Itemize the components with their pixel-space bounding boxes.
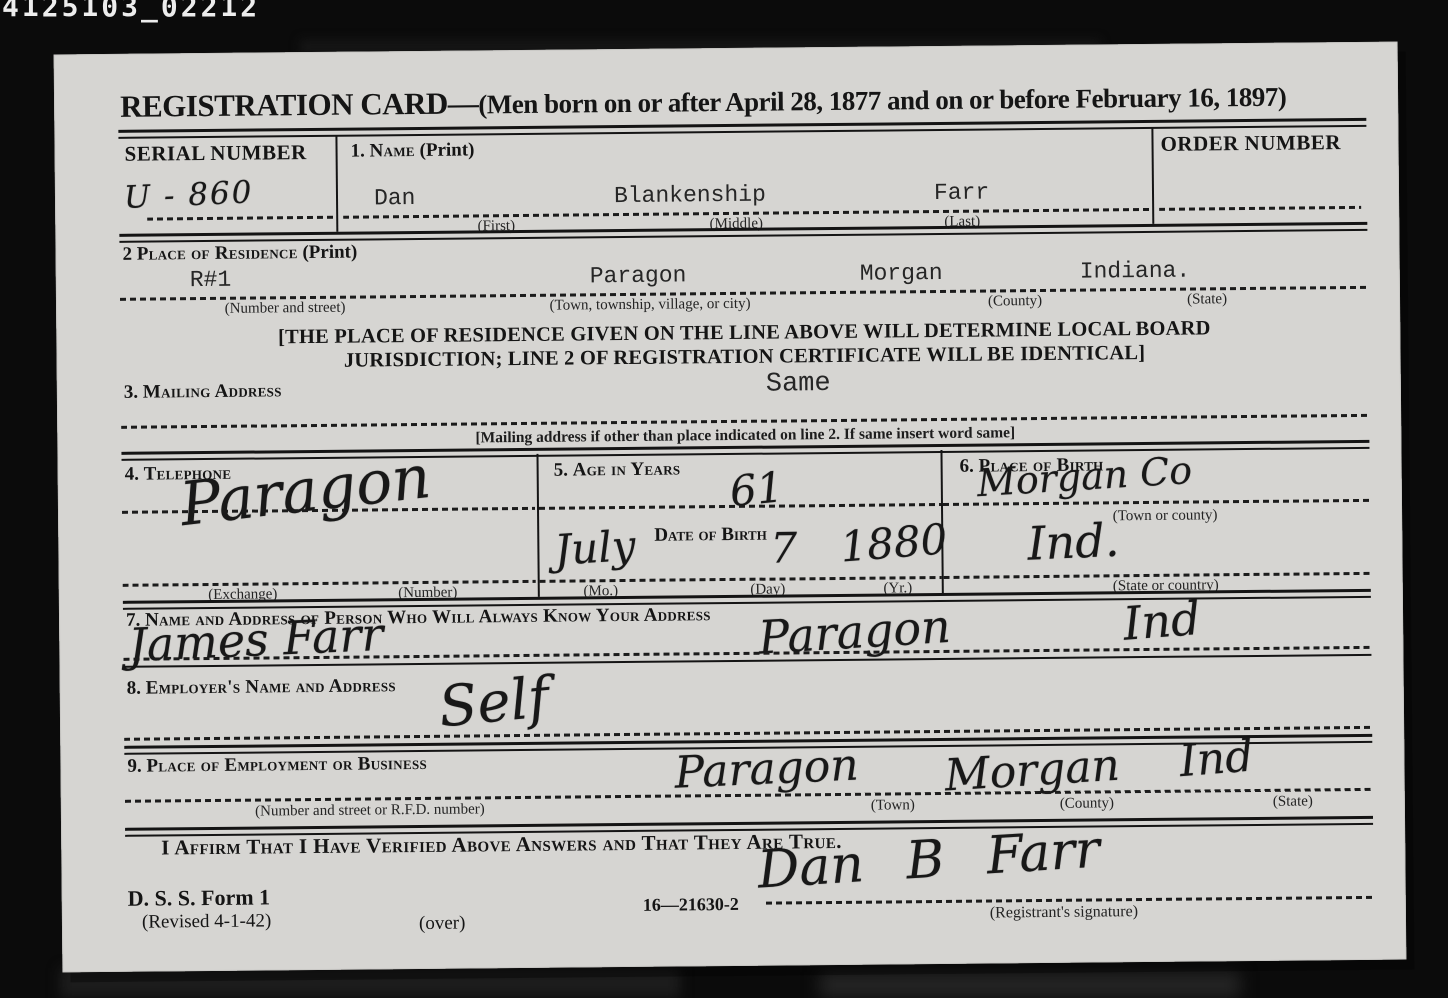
affirmation-statement: I Affirm That I Have Verified Above Answ… xyxy=(161,829,842,861)
employer-label: Employer's Name and Address xyxy=(146,675,396,698)
residence-county-sublabel: (County) xyxy=(988,293,1042,311)
employment-county-sublabel: (County) xyxy=(1060,795,1114,813)
age-value: 61 xyxy=(728,462,786,516)
residence-state-value: Indiana. xyxy=(1080,258,1191,285)
registration-card: REGISTRATION CARD—(Men born on or after … xyxy=(54,42,1407,973)
order-fill-line xyxy=(1159,206,1361,211)
employer-field-label: 8. Employer's Name and Address xyxy=(127,675,396,700)
name-middle-value: Blankenship xyxy=(614,182,766,209)
print-code: 16—21630-2 xyxy=(643,894,739,916)
mailing-num: 3. xyxy=(124,382,138,403)
serial-number-value: U - 860 xyxy=(123,174,254,216)
form-id: D. S. S. Form 1 xyxy=(128,884,271,911)
dob-day-value: 7 xyxy=(770,523,797,572)
age-field-label: 5. Age in Years xyxy=(554,458,681,481)
form-name: REGISTRATION CARD— xyxy=(120,85,478,123)
residence-street-value: R#1 xyxy=(190,267,232,293)
name-last-value: Farr xyxy=(934,179,989,206)
telephone-num: 4. xyxy=(125,464,139,485)
birth-state-value: Ind. xyxy=(1026,513,1120,571)
over-note: (over) xyxy=(419,913,466,935)
cell-divider xyxy=(335,136,338,232)
eligibility-note: (Men born on or after April 28, 1877 and… xyxy=(478,82,1286,120)
name-print: (Print) xyxy=(419,139,474,161)
employment-state-sublabel: (State) xyxy=(1273,793,1313,810)
dob-fill-line xyxy=(540,576,942,583)
mailing-label: Mailing Address xyxy=(143,380,282,402)
mailing-field-label: 3. Mailing Address xyxy=(124,380,282,404)
employer-value: Self xyxy=(436,665,552,740)
employment-label: Place of Employment or Business xyxy=(146,753,427,777)
cell-divider xyxy=(1151,128,1154,224)
card-title: REGISTRATION CARD—(Men born on or after … xyxy=(120,78,1286,125)
residence-street-sublabel: (Number and street) xyxy=(225,300,346,318)
contact-name-value: James Farr xyxy=(127,607,384,672)
name-label: Name xyxy=(369,140,414,161)
residence-county-value: Morgan xyxy=(860,260,943,287)
employer-num: 8. xyxy=(127,678,141,699)
age-label: Age in Years xyxy=(573,458,681,480)
order-number-label: ORDER NUMBER xyxy=(1160,130,1341,157)
registrant-signature-sublabel: (Registrant's signature) xyxy=(990,903,1138,922)
serial-fill-line xyxy=(147,216,333,221)
birth-town-sublabel: (Town or county) xyxy=(1113,507,1218,525)
registration-form: REGISTRATION CARD—(Men born on or after … xyxy=(118,74,1375,988)
cell-divider xyxy=(536,454,539,597)
contact-town-value: Paragon xyxy=(757,599,952,665)
residence-town-sublabel: (Town, township, village, or city) xyxy=(549,296,750,315)
name-num: 1. xyxy=(350,140,364,161)
mailing-value: Same xyxy=(766,369,831,400)
residence-num: 2 xyxy=(122,244,132,265)
dob-label: Date of Birth xyxy=(654,524,767,547)
telephone-fill-line2 xyxy=(123,580,536,587)
name-first-value: Dan xyxy=(374,185,416,211)
employment-state-value: Ind xyxy=(1178,730,1256,787)
employment-street-sublabel: (Number and street or R.F.D. number) xyxy=(255,801,485,820)
name-field-label: 1. Name (Print) xyxy=(350,139,474,162)
age-num: 5. xyxy=(554,460,568,481)
dob-month-value: July xyxy=(553,521,637,575)
serial-number-label: SERIAL NUMBER xyxy=(124,140,306,167)
residence-state-sublabel: (State) xyxy=(1187,291,1227,308)
residence-print: (Print) xyxy=(302,242,357,264)
scan-frame-id: 4125103_02212 xyxy=(2,0,260,23)
birth-num: 6. xyxy=(960,456,974,477)
contact-state-value: Ind xyxy=(1121,591,1202,651)
residence-field-label: 2 Place of Residence (Print) xyxy=(122,242,357,266)
employment-field-label: 9. Place of Employment or Business xyxy=(127,753,427,778)
residence-label: Place of Residence xyxy=(137,242,298,265)
employment-num: 9. xyxy=(127,756,141,777)
residence-town-value: Paragon xyxy=(590,262,687,289)
employment-town-value: Paragon xyxy=(673,740,859,799)
form-revision: (Revised 4-1-42) xyxy=(142,910,271,933)
dob-year-value: 1880 xyxy=(839,514,949,571)
employment-town-sublabel: (Town) xyxy=(871,797,915,814)
